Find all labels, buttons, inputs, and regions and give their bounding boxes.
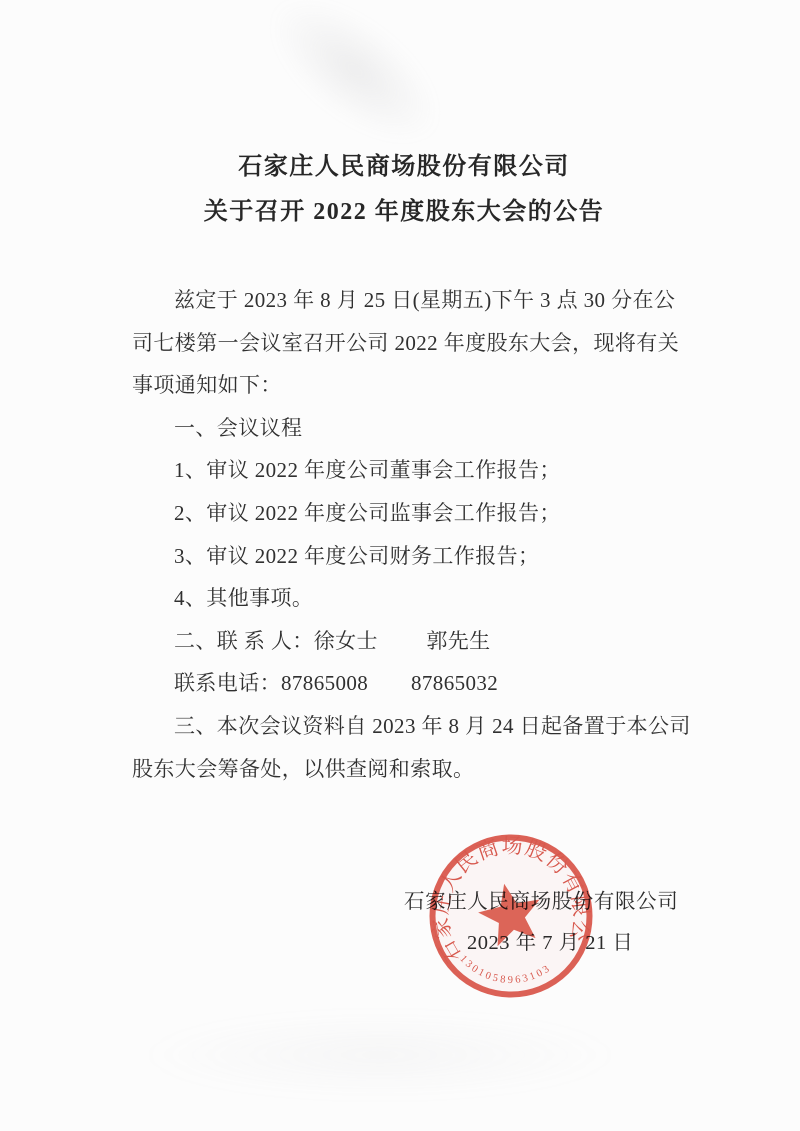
- body-line: 司七楼第一会议室召开公司 2022 年度股东大会，现将有关: [132, 322, 708, 365]
- body-line: 1、审议 2022 年度公司董事会工作报告；: [132, 449, 708, 492]
- body-line: 二、联 系 人：徐女士 郭先生: [132, 620, 708, 663]
- body-lines: 兹定于 2023 年 8 月 25 日(星期五)下午 3 点 30 分在公司七楼…: [132, 279, 708, 790]
- company-seal: 石家庄人民商场股份有限公司 1301058963103: [411, 816, 611, 1016]
- body-line: 兹定于 2023 年 8 月 25 日(星期五)下午 3 点 30 分在公: [132, 279, 708, 322]
- body-line: 三、本次会议资料自 2023 年 8 月 24 日起备置于本公司: [132, 705, 708, 748]
- scan-smudge: [60, 1000, 700, 1110]
- body-line: 一、会议议程: [132, 407, 708, 450]
- document-title: 石家庄人民商场股份有限公司 关于召开 2022 年度股东大会的公告: [0, 152, 800, 227]
- body-line: 事项通知如下：: [132, 364, 708, 407]
- body-line: 股东大会筹备处，以供查阅和索取。: [132, 748, 708, 791]
- title-company-name: 石家庄人民商场股份有限公司: [0, 152, 800, 182]
- body-line: 3、审议 2022 年度公司财务工作报告；: [132, 535, 708, 578]
- body-line: 联系电话：87865008 87865032: [132, 662, 708, 705]
- title-announcement: 关于召开 2022 年度股东大会的公告: [0, 197, 800, 227]
- body-line: 2、审议 2022 年度公司监事会工作报告；: [132, 492, 708, 535]
- scanned-document-page: 石家庄人民商场股份有限公司 关于召开 2022 年度股东大会的公告 兹定于 20…: [0, 0, 800, 1131]
- body-line: 4、其他事项。: [132, 577, 708, 620]
